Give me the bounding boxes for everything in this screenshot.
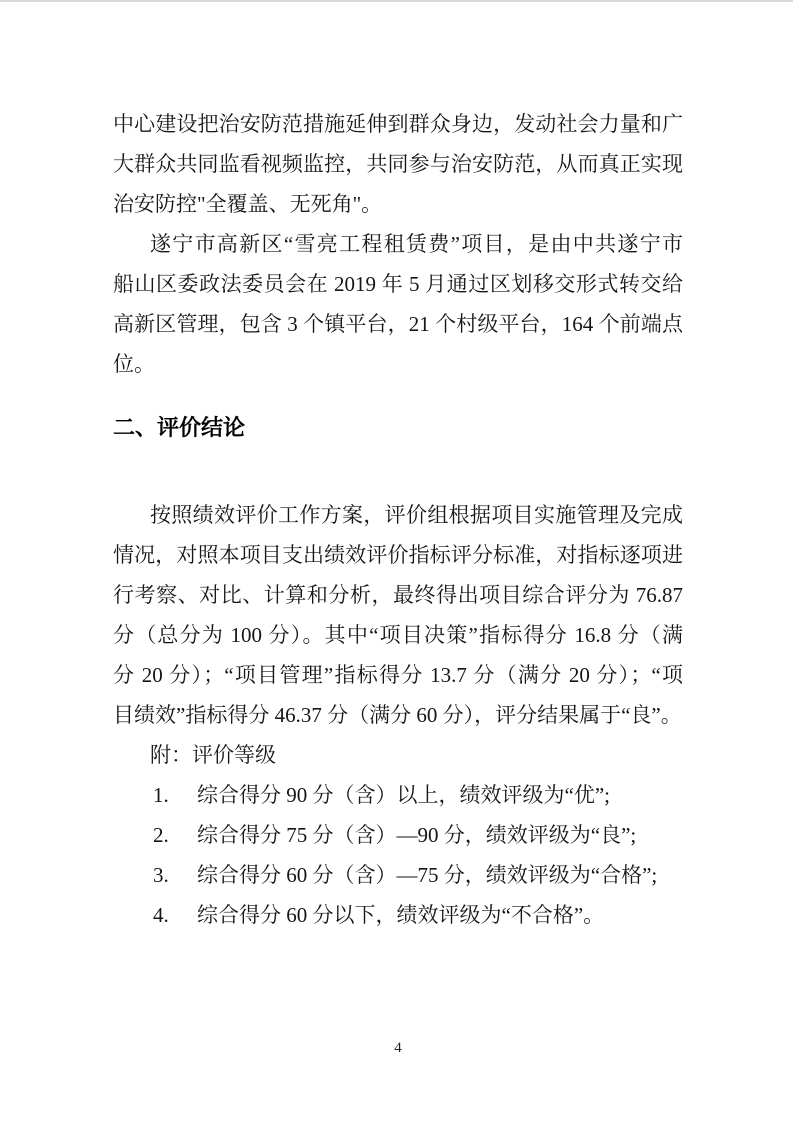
grade-item-text: 综合得分 60 分以下，绩效评级为“不合格”。 <box>197 895 683 935</box>
appendix-label: 附：评价等级 <box>113 735 683 775</box>
grade-item-text: 综合得分 60 分（含）—75 分，绩效评级为“合格”; <box>197 855 683 895</box>
paragraph-line: 情况，对照本项目支出绩效评价指标评分标准，对指标逐项进 <box>113 535 683 575</box>
paragraph-line: 行考察、对比、计算和分析，最终得出项目综合评分为 76.87 <box>113 575 683 615</box>
paragraph-line: 治安防控"全覆盖、无死角"。 <box>113 184 683 224</box>
section-heading: 二、评价结论 <box>113 408 683 448</box>
grade-list-item: 2. 综合得分 75 分（含）—90 分，绩效评级为“良”; <box>113 815 683 855</box>
grade-list-item: 4. 综合得分 60 分以下，绩效评级为“不合格”。 <box>113 895 683 935</box>
paragraph-3: 按照绩效评价工作方案，评价组根据项目实施管理及完成 情况，对照本项目支出绩效评价… <box>113 495 683 735</box>
paragraph-line: 目绩效”指标得分 46.37 分（满分 60 分），评分结果属于“良”。 <box>113 695 683 735</box>
grade-item-number: 1. <box>153 775 197 815</box>
paragraph-line: 大群众共同监看视频监控，共同参与治安防范，从而真正实现 <box>113 144 683 184</box>
page-top-edge <box>0 0 793 2</box>
paragraph-line: 遂宁市高新区“雪亮工程租赁费”项目，是由中共遂宁市 <box>113 224 683 264</box>
paragraph-line: 中心建设把治安防范措施延伸到群众身边，发动社会力量和广 <box>113 104 683 144</box>
paragraph-line: 分（总分为 100 分）。其中“项目决策”指标得分 16.8 分（满 <box>113 615 683 655</box>
document-body: 中心建设把治安防范措施延伸到群众身边，发动社会力量和广 大群众共同监看视频监控，… <box>113 104 683 935</box>
grade-list-item: 3. 综合得分 60 分（含）—75 分，绩效评级为“合格”; <box>113 855 683 895</box>
grade-item-text: 综合得分 90 分（含）以上，绩效评级为“优”; <box>197 775 683 815</box>
grade-item-number: 3. <box>153 855 197 895</box>
paragraph-2: 遂宁市高新区“雪亮工程租赁费”项目，是由中共遂宁市 船山区委政法委员会在 201… <box>113 224 683 384</box>
paragraph-line: 船山区委政法委员会在 2019 年 5 月通过区划移交形式转交给 <box>113 264 683 304</box>
paragraph-line: 分 20 分）；“项目管理”指标得分 13.7 分（满分 20 分）；“项 <box>113 655 683 695</box>
paragraph-1: 中心建设把治安防范措施延伸到群众身边，发动社会力量和广 大群众共同监看视频监控，… <box>113 104 683 224</box>
page-number: 4 <box>113 1040 683 1057</box>
grade-list-item: 1. 综合得分 90 分（含）以上，绩效评级为“优”; <box>113 775 683 815</box>
paragraph-line: 按照绩效评价工作方案，评价组根据项目实施管理及完成 <box>113 495 683 535</box>
paragraph-line: 高新区管理，包含 3 个镇平台，21 个村级平台，164 个前端点 <box>113 304 683 344</box>
paragraph-line: 位。 <box>113 344 683 384</box>
grade-item-number: 2. <box>153 815 197 855</box>
grade-item-text: 综合得分 75 分（含）—90 分，绩效评级为“良”; <box>197 815 683 855</box>
grade-item-number: 4. <box>153 895 197 935</box>
